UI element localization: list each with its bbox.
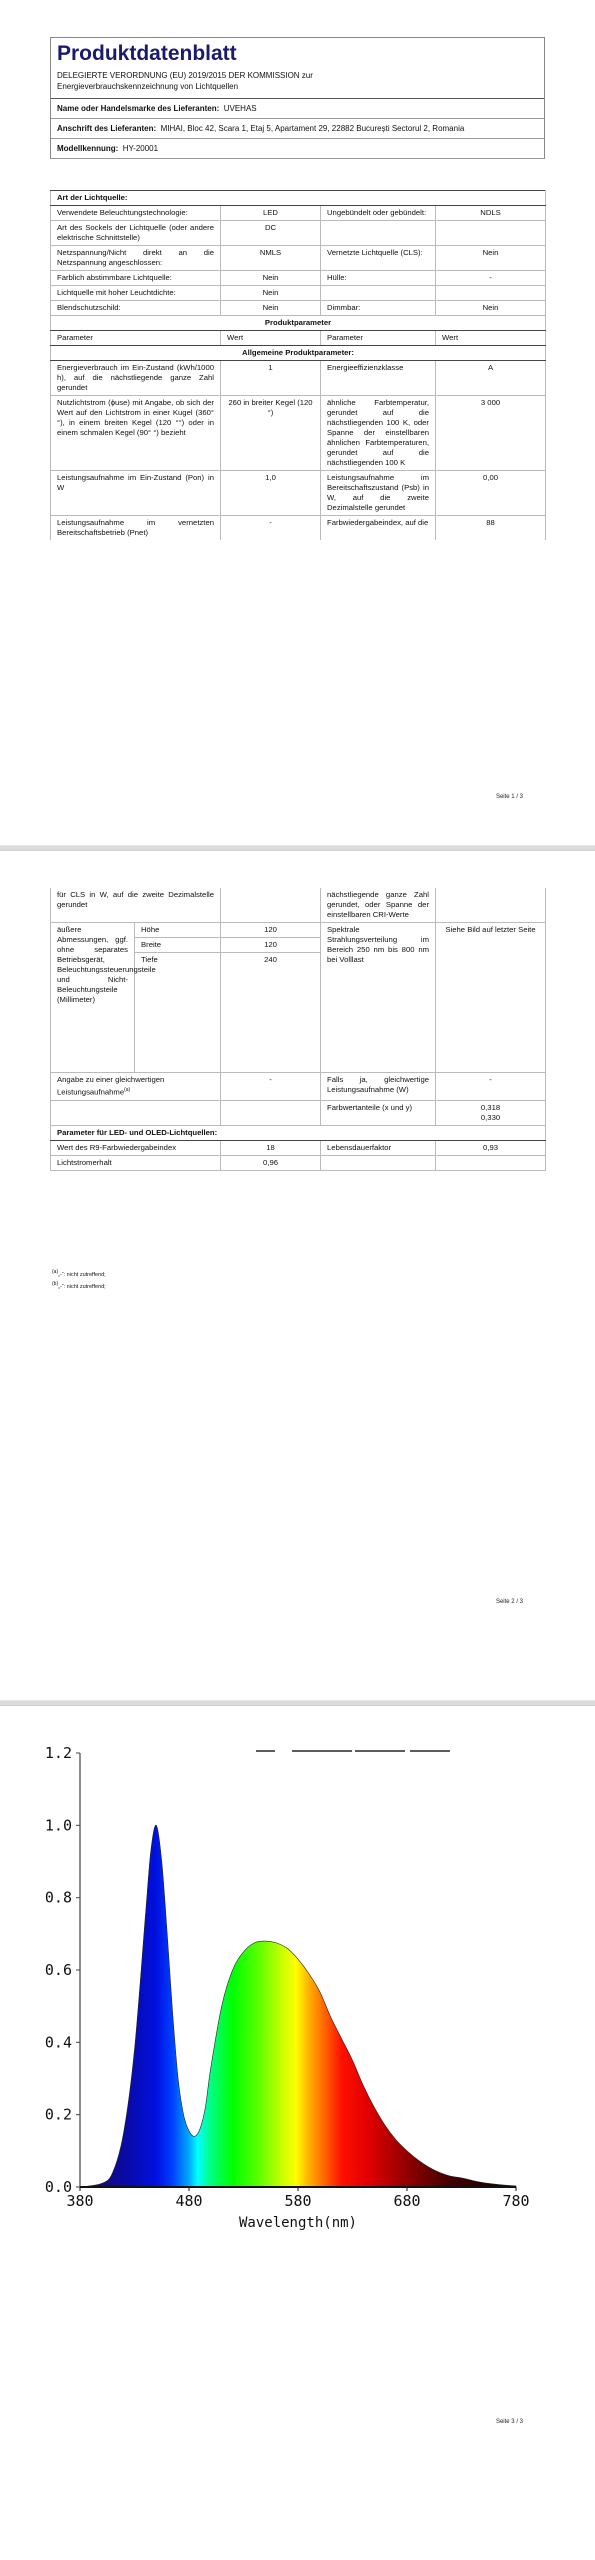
clipped-title-fragment	[410, 1750, 450, 1752]
param-cap-type-2	[321, 221, 436, 246]
col-header-parameter: Parameter	[51, 331, 221, 346]
x-tick-label: 380	[66, 2192, 93, 2210]
product-params-heading: Produktparameter	[51, 316, 546, 331]
value-high-luminance: Nein	[221, 286, 321, 301]
dimension-depth-value: 240	[221, 953, 321, 1073]
table-row: Wert des R9-Farbwiedergabeindex 18 Leben…	[51, 1140, 546, 1155]
param-energy-consumption: Energieverbrauch im Ein-Zustand (kWh/100…	[51, 361, 221, 396]
value-equivalent-power-w: -	[436, 1073, 546, 1101]
y-tick-label: 0.8	[45, 1889, 72, 1907]
value-chromaticity: 0,3180,330	[436, 1100, 546, 1125]
subtitle-line-2: Energieverbrauchskennzeichnung von Licht…	[57, 81, 538, 92]
clipped-title-fragment	[355, 1750, 405, 1752]
param-r9: Wert des R9-Farbwiedergabeindex	[51, 1140, 221, 1155]
x-axis-label: Wavelength(nm)	[239, 2215, 357, 2231]
table-row: Nutzlichtstrom (ϕuse) mit Angabe, ob sic…	[51, 396, 546, 471]
param-lumen-maintenance: Lichtstromerhalt	[51, 1155, 221, 1170]
value-survival-factor: 0,93	[436, 1140, 546, 1155]
table-row: Netzspannung/Nicht direkt an die Netzspa…	[51, 246, 546, 271]
x-tick-label: 480	[175, 2192, 202, 2210]
value-r9: 18	[221, 1140, 321, 1155]
dimension-width-value: 120	[221, 938, 321, 953]
table-row: Lichtstromerhalt 0,96	[51, 1155, 546, 1170]
table-row: Leistungsaufnahme im Ein-Zustand (Pon) i…	[51, 471, 546, 516]
dimension-height-value: 120	[221, 923, 321, 938]
y-tick-label: 0.4	[45, 2033, 72, 2051]
value-anti-glare: Nein	[221, 301, 321, 316]
empty-cell	[221, 1100, 321, 1125]
supplier-name-row: Name oder Handelsmarke des Lieferanten: …	[51, 99, 544, 119]
param-high-luminance-2	[321, 286, 436, 301]
value-standby-power: 0,00	[436, 471, 546, 516]
y-tick-label: 0.2	[45, 2106, 72, 2124]
param-technology: Verwendete Beleuchtungstechnologie:	[51, 206, 221, 221]
param-cap-type: Art des Sockels der Lichtquelle (oder an…	[51, 221, 221, 246]
document-header: Produktdatenblatt DELEGIERTE VERORDNUNG …	[50, 37, 545, 159]
value-tunable: Nein	[221, 271, 321, 286]
value-energy-consumption: 1	[221, 361, 321, 396]
param-networked-standby-cont: für CLS in W, auf die zweite Dezimalstel…	[51, 888, 221, 923]
table-row: Verwendete Beleuchtungstechnologie:LEDUn…	[51, 206, 546, 221]
value-technology: LED	[221, 206, 321, 221]
col-header-value: Wert	[221, 331, 321, 346]
value-useful-flux: 260 in breiter Kegel (120 °)	[221, 396, 321, 471]
supplier-address: MIHAI, Bloc 42, Scara 1, Etaj 5, Apartam…	[161, 124, 465, 133]
model-row: Modellkennung: HY-20001	[51, 139, 544, 159]
page-number: Seite 3 / 3	[496, 2419, 523, 2425]
empty-cell	[436, 888, 546, 923]
param-anti-glare-2: Dimmbar:	[321, 301, 436, 316]
subtitle-line-1: DELEGIERTE VERORDNUNG (EU) 2019/2015 DER…	[57, 70, 538, 81]
param-energy-class: Energieeffizienzklasse	[321, 361, 436, 396]
col-header-value-2: Wert	[436, 331, 546, 346]
value-lumen-maintenance: 0,96	[221, 1155, 321, 1170]
param-cri-cont: nächstliegende ganze Zahl gerundet, oder…	[321, 888, 436, 923]
dimension-height-label: Höhe	[135, 923, 221, 938]
col-header-parameter-2: Parameter	[321, 331, 436, 346]
param-useful-flux: Nutzlichtstrom (ϕuse) mit Angabe, ob sic…	[51, 396, 221, 471]
model-label: Modellkennung:	[57, 144, 118, 153]
table-row: Leistungsaufnahme im vernetzten Bereitsc…	[51, 516, 546, 541]
y-tick-label: 1.2	[45, 1744, 72, 1762]
value-technology-2: NDLS	[436, 206, 546, 221]
param-tunable-2: Hülle:	[321, 271, 436, 286]
spectrum-area	[80, 1825, 516, 2187]
footnote-a: (a)„-“: nicht zutreffend;	[52, 1268, 106, 1280]
param-equivalent-power: Angabe zu einer gleichwertigen Leistungs…	[51, 1073, 221, 1101]
page-1: Produktdatenblatt DELEGIERTE VERORDNUNG …	[0, 0, 595, 845]
param-on-power: Leistungsaufnahme im Ein-Zustand (Pon) i…	[51, 471, 221, 516]
y-tick-label: 1.0	[45, 1816, 72, 1834]
product-params-table-continued: für CLS in W, auf die zweite Dezimalstel…	[50, 888, 546, 1171]
param-survival-factor: Lebensdauerfaktor	[321, 1140, 436, 1155]
empty-cell	[436, 1155, 546, 1170]
page-number: Seite 1 / 3	[496, 794, 523, 800]
param-tunable: Farblich abstimmbare Lichtquelle:	[51, 271, 221, 286]
page-title: Produktdatenblatt	[51, 38, 544, 68]
dimensions-row: äußere Abmessungen, ggf. ohne separates …	[51, 923, 546, 938]
led-params-heading: Parameter für LED- und OLED-Lichtquellen…	[51, 1125, 546, 1140]
table-row: Lichtquelle mit hoher Leuchtdichte:Nein	[51, 286, 546, 301]
param-networked-standby: Leistungsaufnahme im vernetzten Bereitsc…	[51, 516, 221, 541]
table-row: Farblich abstimmbare Lichtquelle:NeinHül…	[51, 271, 546, 286]
param-chromaticity: Farbwertanteile (x und y)	[321, 1100, 436, 1125]
value-anti-glare-2: Nein	[436, 301, 546, 316]
param-high-luminance: Lichtquelle mit hoher Leuchtdichte:	[51, 286, 221, 301]
value-equivalent-power: -	[221, 1073, 321, 1101]
spectral-distribution-value: Siehe Bild auf letzter Seite	[436, 923, 546, 1073]
supplier-address-label: Anschrift des Lieferanten:	[57, 124, 156, 133]
value-cap-type-2	[436, 221, 546, 246]
value-cct: 3 000	[436, 396, 546, 471]
footnote-b: (b)„-“: nicht zutreffend;	[52, 1280, 106, 1292]
table-row: Angabe zu einer gleichwertigen Leistungs…	[51, 1073, 546, 1101]
value-cri: 88	[436, 516, 546, 541]
supplier-name: UVEHAS	[224, 104, 257, 113]
supplier-name-label: Name oder Handelsmarke des Lieferanten:	[57, 104, 219, 113]
param-mains-2: Vernetzte Lichtquelle (CLS):	[321, 246, 436, 271]
param-cri: Farbwiedergabeindex, auf die	[321, 516, 436, 541]
spectrum-plot: 0.00.20.40.60.81.01.2380480580680780Wave…	[0, 1706, 595, 2266]
param-standby-power: Leistungsaufnahme im Bereitschaftszustan…	[321, 471, 436, 516]
param-equivalent-power-w: Falls ja, gleichwertige Leistungsaufnahm…	[321, 1073, 436, 1101]
param-mains: Netzspannung/Nicht direkt an die Netzspa…	[51, 246, 221, 271]
value-energy-class: A	[436, 361, 546, 396]
value-on-power: 1,0	[221, 471, 321, 516]
table-row: Farbwertanteile (x und y) 0,3180,330	[51, 1100, 546, 1125]
spectral-distribution-chart: 0.00.20.40.60.81.01.2380480580680780Wave…	[0, 1706, 595, 2266]
table-row: für CLS in W, auf die zweite Dezimalstel…	[51, 888, 546, 923]
light-source-type-heading: Art der Lichtquelle:	[51, 191, 546, 206]
dimension-width-label: Breite	[135, 938, 221, 953]
table-row: Energieverbrauch im Ein-Zustand (kWh/100…	[51, 361, 546, 396]
param-anti-glare: Blendschutzschild:	[51, 301, 221, 316]
x-tick-label: 580	[284, 2192, 311, 2210]
value-high-luminance-2	[436, 286, 546, 301]
clipped-title-fragment	[292, 1750, 352, 1752]
empty-cell	[51, 1100, 221, 1125]
param-cct: ähnliche Farbtemperatur, gerundet auf di…	[321, 396, 436, 471]
value-cap-type: DC	[221, 221, 321, 246]
clipped-title-fragment	[256, 1750, 275, 1752]
footnotes: (a)„-“: nicht zutreffend; (b)„-“: nicht …	[52, 1268, 106, 1292]
value-mains: NMLS	[221, 246, 321, 271]
light-source-table: Art der Lichtquelle: Verwendete Beleucht…	[50, 190, 546, 540]
regulation-subtitle: DELEGIERTE VERORDNUNG (EU) 2019/2015 DER…	[51, 68, 544, 99]
empty-cell	[321, 1155, 436, 1170]
supplier-address-row: Anschrift des Lieferanten: MIHAI, Bloc 4…	[51, 119, 544, 139]
value-tunable-2: -	[436, 271, 546, 286]
table-row: Blendschutzschild:NeinDimmbar:Nein	[51, 301, 546, 316]
empty-cell	[221, 888, 321, 923]
table-row: Art des Sockels der Lichtquelle (oder an…	[51, 221, 546, 246]
x-tick-label: 780	[502, 2192, 529, 2210]
y-tick-label: 0.6	[45, 1961, 72, 1979]
model-id: HY-20001	[123, 144, 158, 153]
page-number: Seite 2 / 3	[496, 1599, 523, 1605]
dimensions-label: äußere Abmessungen, ggf. ohne separates …	[51, 923, 135, 1073]
general-params-heading: Allgemeine Produktparameter:	[51, 346, 546, 361]
x-tick-label: 680	[393, 2192, 420, 2210]
param-technology-2: Ungebündelt oder gebündelt:	[321, 206, 436, 221]
value-networked-standby: -	[221, 516, 321, 541]
spectral-distribution-label: Spektrale Strahlungsverteilung im Bereic…	[321, 923, 436, 1073]
value-mains-2: Nein	[436, 246, 546, 271]
